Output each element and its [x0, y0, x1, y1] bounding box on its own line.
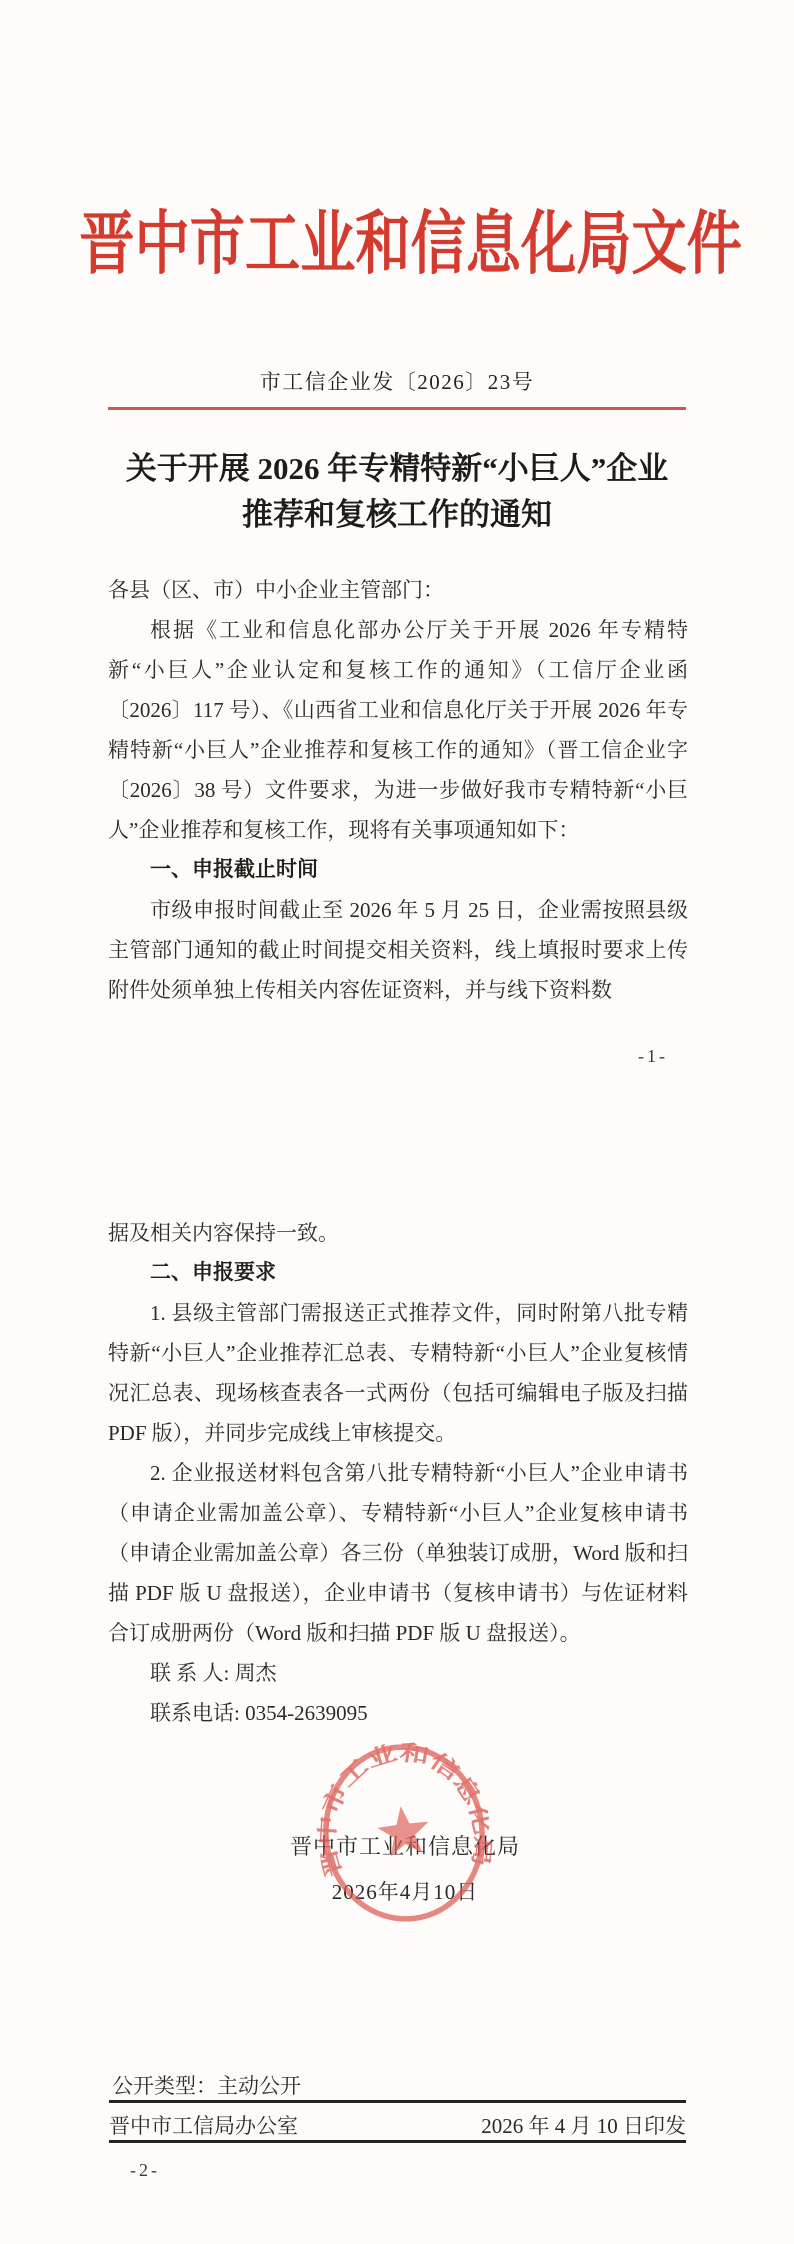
- section1-heading: 一、申报截止时间: [108, 850, 688, 890]
- document-title-line1: 关于开展 2026 年专精特新“小巨人”企业: [60, 446, 734, 492]
- section2-item2: 2. 企业报送材料包含第八批专精特新“小巨人”企业申请书（申请企业需加盖公章）、…: [108, 1453, 688, 1653]
- intro-paragraph: 根据《工业和信息化部办公厅关于开展 2026 年专精特新“小巨人”企业认定和复核…: [108, 610, 688, 850]
- footer-imprint-row: 晋中市工信局办公室 2026 年 4 月 10 日印发: [109, 2110, 686, 2140]
- section2-item1: 1. 县级主管部门需报送正式推荐文件，同时附第八批专精特新“小巨人”企业推荐汇总…: [108, 1293, 688, 1453]
- signature-block: 晋中市工业和信息化局 2026年4月10日: [240, 1830, 570, 1906]
- red-divider-line: [108, 407, 686, 410]
- document-page: 晋中市工业和信息化局文件 市工信企业发〔2026〕23号 关于开展 2026 年…: [0, 0, 794, 2244]
- footer-divider-bottom: [109, 2140, 686, 2143]
- page1-number: -1-: [638, 1046, 668, 1067]
- salutation: 各县（区、市）中小企业主管部门：: [108, 570, 688, 610]
- issuing-authority: 晋中市工业和信息化局: [240, 1830, 570, 1861]
- document-number: 市工信企业发〔2026〕23号: [0, 366, 794, 396]
- continuation-line: 据及相关内容保持一致。: [108, 1213, 688, 1253]
- document-title: 关于开展 2026 年专精特新“小巨人”企业 推荐和复核工作的通知: [60, 446, 734, 538]
- disclosure-type: 公开类型：主动公开: [112, 2070, 301, 2100]
- red-letterhead-title: 晋中市工业和信息化局文件: [79, 188, 714, 287]
- printing-office: 晋中市工信局办公室: [109, 2110, 298, 2140]
- footer-divider-top: [109, 2100, 686, 2103]
- contact-phone: 联系电话: 0354-2639095: [108, 1693, 688, 1733]
- section2-heading: 二、申报要求: [108, 1253, 688, 1293]
- page1-body: 各县（区、市）中小企业主管部门： 根据《工业和信息化部办公厅关于开展 2026 …: [108, 570, 688, 1010]
- issue-date: 2026年4月10日: [240, 1876, 570, 1906]
- page2-number: -2-: [130, 2160, 160, 2181]
- page2-body: 据及相关内容保持一致。 二、申报要求 1. 县级主管部门需报送正式推荐文件，同时…: [108, 1213, 688, 1733]
- document-title-line2: 推荐和复核工作的通知: [60, 492, 734, 538]
- contact-person: 联 系 人: 周杰: [108, 1653, 688, 1693]
- print-date: 2026 年 4 月 10 日印发: [481, 2110, 686, 2140]
- section1-paragraph: 市级申报时间截止至 2026 年 5 月 25 日，企业需按照县级主管部门通知的…: [108, 890, 688, 1010]
